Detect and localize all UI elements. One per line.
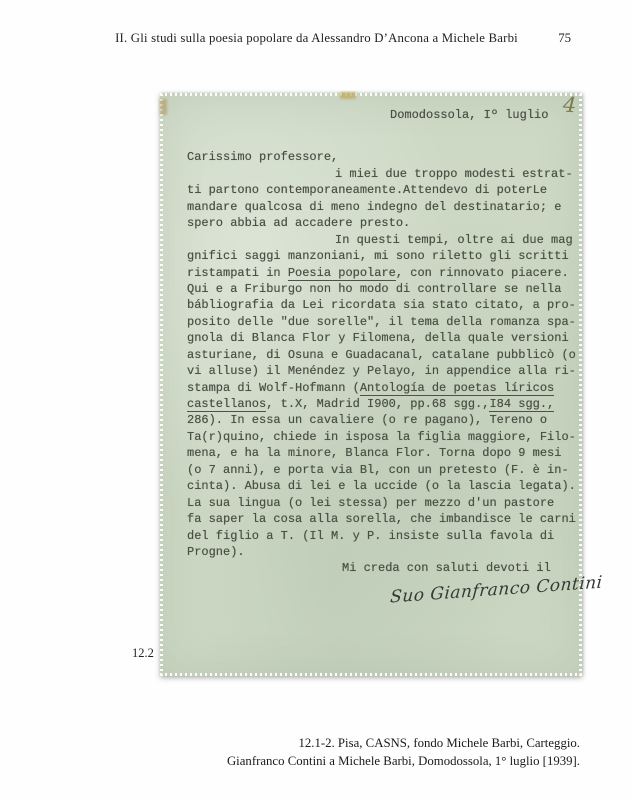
typed-text: fa saper la cosa alla sorella, che imban… [187, 512, 576, 526]
letter-line-gap [187, 123, 582, 149]
underlined-text: Antología de poetas líricos [360, 381, 554, 396]
typed-text: i miei due troppo modesti estrat- [335, 167, 573, 181]
typed-text: gnola di Blanca Flor y Filomena, della q… [187, 331, 569, 345]
running-head: II. Gli studi sulla poesia popolare da A… [0, 31, 633, 46]
book-page: II. Gli studi sulla poesia popolare da A… [0, 0, 633, 800]
letter-line: gnifici saggi manzoniani, mi sono rilett… [187, 248, 582, 264]
typed-text: In questi tempi, oltre ai due mag [335, 233, 573, 247]
letter-line: spero abbia ad accadere presto. [187, 215, 582, 231]
letter-line: fa saper la cosa alla sorella, che imban… [187, 511, 582, 527]
letter-line: bábliografia da Lei ricordata sia stato … [187, 297, 582, 313]
typed-text: gnifici saggi manzoniani, mi sono rilett… [187, 249, 569, 263]
typed-text: Qui e a Friburgo non ho modo di controll… [187, 282, 561, 296]
letter-line: posito delle "due sorelle", il tema dell… [187, 314, 582, 330]
caption-line-1: 12.1-2. Pisa, CASNS, fondo Michele Barbi… [100, 735, 580, 753]
letter-line: Domodossola, Iº luglio [390, 107, 582, 123]
underlined-text: I84 sgg., [489, 397, 554, 412]
typed-text: ristampati in [187, 266, 288, 280]
letter-line: In questi tempi, oltre ai due mag [335, 232, 582, 248]
typed-text: del figlio a T. (Il M. y P. insiste sull… [187, 529, 554, 543]
underlined-text: castellanos [187, 397, 266, 412]
typed-text: , con rinnovato piacere. [396, 266, 569, 280]
letter-line: Qui e a Friburgo non ho modo di controll… [187, 281, 582, 297]
letter-line: Carissimo professore, [187, 149, 582, 165]
typed-text: La sua lingua (o lei stessa) per mezzo d… [187, 496, 554, 510]
letter-scan: 4 Domodossola, Iº luglio Carissimo profe… [160, 93, 582, 676]
letter-line: mandare qualcosa di meno indegno del des… [187, 199, 582, 215]
handwritten-signature: Suo Gianfranco Contini [390, 573, 604, 608]
letter-line: vi alluse) il Menéndez y Pelayo, in appe… [187, 363, 582, 379]
typed-text: stampa di Wolf-Hofmann ( [187, 381, 360, 395]
figure-caption: 12.1-2. Pisa, CASNS, fondo Michele Barbi… [100, 735, 580, 770]
letter-line: asturiane, di Osuna e Guadacanal, catala… [187, 347, 582, 363]
typed-text: posito delle "due sorelle", il tema dell… [187, 315, 576, 329]
letter-line: del figlio a T. (Il M. y P. insiste sull… [187, 528, 582, 544]
letter-line: 286). In essa un cavaliere (o re pagano)… [187, 412, 582, 428]
typed-text: asturiane, di Osuna e Guadacanal, catala… [187, 348, 576, 362]
letter-line: Ta(r)quino, chiede in isposa la figlia m… [187, 429, 582, 445]
letter-body: Domodossola, Iº luglio Carissimo profess… [160, 93, 582, 577]
typed-text: cinta). Abusa di lei e la uccide (o la l… [187, 479, 576, 493]
letter-line: i miei due troppo modesti estrat- [335, 166, 582, 182]
typed-text: Carissimo professore, [187, 150, 338, 164]
letter-line: ristampati in Poesia popolare, con rinno… [187, 265, 582, 281]
typed-text: , t.X, Madrid I900, pp.68 sgg., [266, 397, 489, 411]
typed-text: vi alluse) il Menéndez y Pelayo, in appe… [187, 364, 576, 378]
typed-text: mandare qualcosa di meno indegno del des… [187, 200, 561, 214]
typed-text: Progne). [187, 545, 245, 559]
letter-line: Progne). [187, 544, 582, 560]
typed-text: Mi creda con saluti devoti il [342, 561, 551, 575]
typed-text: 286). In essa un cavaliere (o re pagano)… [187, 413, 547, 427]
typed-text: (o 7 anni), e porta via Bl, con un prete… [187, 463, 569, 477]
figure-label: 12.2 [132, 646, 154, 661]
letter-line: mena, e ha la minore, Blanca Flor. Torna… [187, 445, 582, 461]
perforation-bottom-edge [160, 673, 582, 676]
underlined-text: Poesia popolare [288, 266, 396, 281]
letter-line: ti partono contemporaneamente.Attendevo … [187, 182, 582, 198]
letter-line: stampa di Wolf-Hofmann (Antología de poe… [187, 380, 582, 396]
typed-text: Ta(r)quino, chiede in isposa la figlia m… [187, 430, 576, 444]
typed-text: Domodossola, Iº luglio [390, 108, 548, 122]
typed-text: bábliografia da Lei ricordata sia stato … [187, 298, 576, 312]
letter-line: castellanos, t.X, Madrid I900, pp.68 sgg… [187, 396, 582, 412]
typed-text: mena, e ha la minore, Blanca Flor. Torna… [187, 446, 561, 460]
caption-line-2: Gianfranco Contini a Michele Barbi, Domo… [100, 753, 580, 771]
typed-text: spero abbia ad accadere presto. [187, 216, 410, 230]
typed-text: ti partono contemporaneamente.Attendevo … [187, 183, 547, 197]
page-number: 75 [558, 31, 571, 46]
letter-line: (o 7 anni), e porta via Bl, con un prete… [187, 462, 582, 478]
letter-line: La sua lingua (o lei stessa) per mezzo d… [187, 495, 582, 511]
letter-line: Mi creda con saluti devoti il [342, 560, 582, 576]
letter-line: cinta). Abusa di lei e la uccide (o la l… [187, 478, 582, 494]
letter-line: gnola di Blanca Flor y Filomena, della q… [187, 330, 582, 346]
